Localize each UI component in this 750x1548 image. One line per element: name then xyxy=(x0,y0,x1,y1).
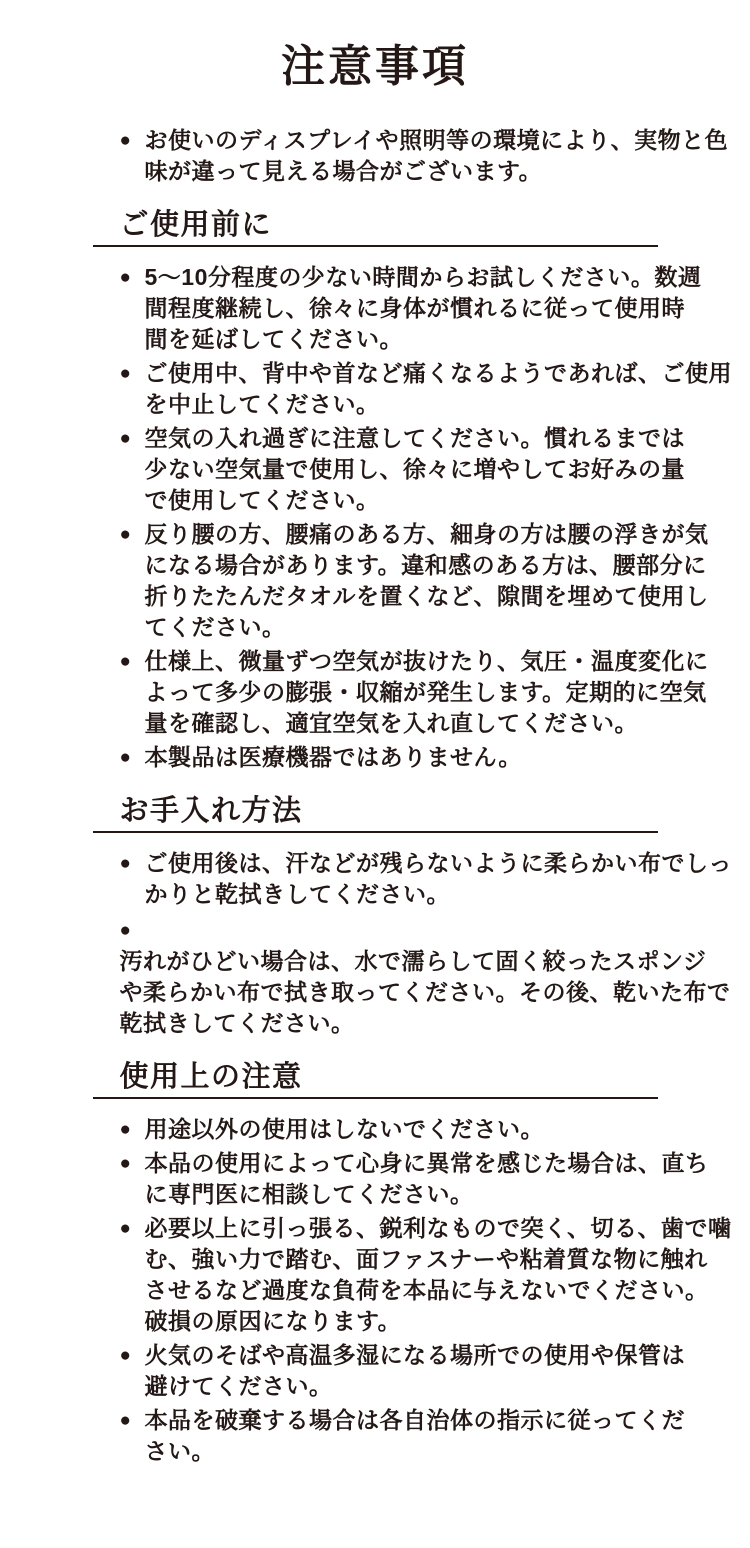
bullet-text: 5〜10分程度の少ない時間からお試しください。数週 間程度継続し、徐々に身体が慣… xyxy=(145,262,702,355)
bullet-icon: ● xyxy=(120,742,145,773)
list-item: ●汚れがひどい場合は、水で濡らして固く絞ったスポンジ や柔らかい布で拭き取ってく… xyxy=(120,913,658,1039)
bullet-icon: ● xyxy=(120,1148,145,1179)
bullet-icon: ● xyxy=(120,1213,145,1244)
bullet-text: 用途以外の使用はしないでください。 xyxy=(145,1114,658,1145)
intro-note: ● お使いのディスプレイや照明等の環境により、実物と色 味が違って見える場合がご… xyxy=(93,125,658,187)
list-item: ● ご使用後は、汗などが残らないように柔らかい布でしっ かりと乾拭きしてください… xyxy=(120,848,658,910)
bullet-icon: ● xyxy=(120,848,145,879)
bullet-icon: ● xyxy=(120,423,145,454)
bullet-text: 仕様上、微量ずつ空気が抜けたり、気圧・温度変化に よって多少の膨張・収縮が発生し… xyxy=(145,646,709,739)
bullet-icon: ● xyxy=(120,519,145,550)
list-item: ● 火気のそばや高温多湿になる場所での使用や保管は 避けてください。 xyxy=(120,1340,658,1402)
bullet-icon: ● xyxy=(120,920,132,941)
list-item: ● 仕様上、微量ずつ空気が抜けたり、気圧・温度変化に よって多少の膨張・収縮が発… xyxy=(120,646,658,739)
list-item: ● 本品を破棄する場合は各自治体の指示に従ってくだ さい。 xyxy=(120,1405,658,1467)
bullet-text: 本製品は医療機器ではありません。 xyxy=(145,742,658,773)
section-usage-cautions: 使用上の注意 ● 用途以外の使用はしないでください。 ● 本品の使用によって心身… xyxy=(93,1059,658,1467)
bullet-text: ご使用中、背中や首など痛くなるようであれば、ご使用 を中止してください。 xyxy=(145,358,733,420)
list-item: ● 本品の使用によって心身に異常を感じた場合は、直ち に専門医に相談してください… xyxy=(120,1148,658,1210)
content-container: 注意事項 ● お使いのディスプレイや照明等の環境により、実物と色 味が違って見え… xyxy=(93,0,658,1467)
list-item: ● 必要以上に引っ張る、鋭利なもので突く、切る、歯で噛 む、強い力で踏む、面ファ… xyxy=(120,1213,658,1337)
precautions-page: 注意事項 ● お使いのディスプレイや照明等の環境により、実物と色 味が違って見え… xyxy=(0,0,750,1548)
bullet-text: 本品を破棄する場合は各自治体の指示に従ってくだ さい。 xyxy=(145,1405,686,1467)
list-item: ● 用途以外の使用はしないでください。 xyxy=(120,1114,658,1145)
section-care: お手入れ方法 ● ご使用後は、汗などが残らないように柔らかい布でしっ かりと乾拭… xyxy=(93,793,658,1039)
section-body: ● ご使用後は、汗などが残らないように柔らかい布でしっ かりと乾拭きしてください… xyxy=(93,848,658,1039)
list-item: ● 5〜10分程度の少ない時間からお試しください。数週 間程度継続し、徐々に身体… xyxy=(120,262,658,355)
list-item: ● 本製品は医療機器ではありません。 xyxy=(120,742,658,773)
bullet-text: 火気のそばや高温多湿になる場所での使用や保管は 避けてください。 xyxy=(145,1340,686,1402)
bullet-icon: ● xyxy=(120,125,145,156)
bullet-icon: ● xyxy=(120,358,145,389)
section-heading: ご使用前に xyxy=(93,207,658,247)
section-heading: お手入れ方法 xyxy=(93,793,658,833)
list-item: ● ご使用中、背中や首など痛くなるようであれば、ご使用 を中止してください。 xyxy=(120,358,658,420)
list-item: ● 反り腰の方、腰痛のある方、細身の方は腰の浮きが気 になる場合があります。違和… xyxy=(120,519,658,643)
bullet-icon: ● xyxy=(120,262,145,293)
page-title: 注意事項 xyxy=(93,40,658,93)
bullet-text: お使いのディスプレイや照明等の環境により、実物と色 味が違って見える場合がござい… xyxy=(145,125,729,187)
bullet-icon: ● xyxy=(120,1405,145,1436)
section-heading: 使用上の注意 xyxy=(93,1059,658,1099)
list-item: ● 空気の入れ過ぎに注意してください。慣れるまでは 少ない空気量で使用し、徐々に… xyxy=(120,423,658,516)
section-before-use: ご使用前に ● 5〜10分程度の少ない時間からお試しください。数週 間程度継続し… xyxy=(93,207,658,773)
bullet-icon: ● xyxy=(120,646,145,677)
bullet-text: 汚れがひどい場合は、水で濡らして固く絞ったスポンジ や柔らかい布で拭き取ってくだ… xyxy=(120,948,731,1036)
bullet-icon: ● xyxy=(120,1114,145,1145)
list-item: ● お使いのディスプレイや照明等の環境により、実物と色 味が違って見える場合がご… xyxy=(120,125,658,187)
bullet-icon: ● xyxy=(120,1340,145,1371)
bullet-text: 反り腰の方、腰痛のある方、細身の方は腰の浮きが気 になる場合があります。違和感の… xyxy=(145,519,709,643)
section-body: ● 5〜10分程度の少ない時間からお試しください。数週 間程度継続し、徐々に身体… xyxy=(93,262,658,773)
bullet-text: ご使用後は、汗などが残らないように柔らかい布でしっ かりと乾拭きしてください。 xyxy=(145,848,733,910)
bullet-text: 空気の入れ過ぎに注意してください。慣れるまでは 少ない空気量で使用し、徐々に増や… xyxy=(145,423,686,516)
section-body: ● 用途以外の使用はしないでください。 ● 本品の使用によって心身に異常を感じた… xyxy=(93,1114,658,1467)
bullet-text: 本品の使用によって心身に異常を感じた場合は、直ち に専門医に相談してください。 xyxy=(145,1148,709,1210)
bullet-text: 必要以上に引っ張る、鋭利なもので突く、切る、歯で噛 む、強い力で踏む、面ファスナ… xyxy=(145,1213,732,1337)
